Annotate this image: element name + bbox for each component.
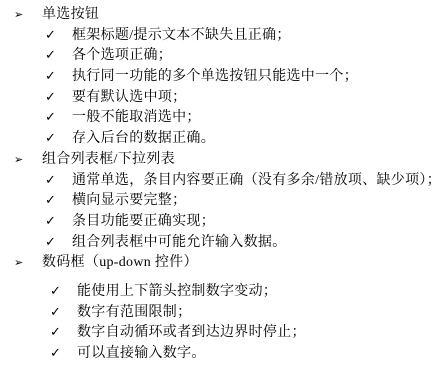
section-title: 单选按钮 [42, 5, 99, 26]
section-title: 组合列表框/下拉列表 [42, 150, 175, 171]
checklist-item: ✓ 数字自动循环或者到达边界时停止； [0, 323, 439, 344]
checklist-item-text: 横向显示要完整； [72, 191, 186, 212]
checkmark-icon: ✓ [45, 129, 72, 150]
checkmark-icon: ✓ [45, 171, 72, 192]
checklist-item: ✓ 条目功能要正确实现； [0, 212, 439, 233]
checklist-item: ✓ 可以直接输入数字。 [0, 344, 439, 365]
section-heading-updown: ➢ 数码框（up-down 控件） [0, 253, 439, 274]
checklist-item-text: 执行同一功能的多个单选按钮只能选中一个； [72, 67, 358, 88]
checklist-item-text: 通常单选，条目内容要正确（没有多余/错放项、缺少项）； [72, 171, 439, 192]
section-heading-combo-box: ➢ 组合列表框/下拉列表 [0, 150, 439, 171]
arrowhead-bullet-icon: ➢ [14, 150, 42, 171]
arrowhead-bullet-icon: ➢ [14, 253, 42, 274]
checklist-item-text: 能使用上下箭头控制数字变动； [77, 282, 277, 303]
checkmark-icon: ✓ [45, 108, 72, 129]
document-page: ➢ 单选按钮 ✓ 框架标题/提示文本不缺失且正确； ✓ 各个选项正确； ✓ 执行… [0, 0, 439, 370]
checkmark-icon: ✓ [45, 26, 72, 47]
checklist-item: ✓ 组合列表框中可能允许输入数据。 [0, 233, 439, 254]
checklist-item-text: 可以直接输入数字。 [77, 344, 206, 365]
checklist-item-text: 各个选项正确； [72, 46, 172, 67]
checklist-item-text: 存入后台的数据正确。 [72, 129, 215, 150]
checklist-item: ✓ 数字有范围限制； [0, 303, 439, 324]
checkmark-icon: ✓ [50, 282, 77, 303]
checkmark-icon: ✓ [45, 46, 72, 67]
checkmark-icon: ✓ [45, 88, 72, 109]
arrowhead-bullet-icon: ➢ [14, 5, 42, 26]
section-updown-control: ➢ 数码框（up-down 控件） ✓ 能使用上下箭头控制数字变动； ✓ 数字有… [0, 253, 439, 364]
checklist-item-text: 数字自动循环或者到达边界时停止； [77, 323, 306, 344]
section-heading-radio-button: ➢ 单选按钮 [0, 5, 439, 26]
checklist-item: ✓ 执行同一功能的多个单选按钮只能选中一个； [0, 67, 439, 88]
checklist-item: ✓ 框架标题/提示文本不缺失且正确； [0, 26, 439, 47]
checklist-item: ✓ 通常单选，条目内容要正确（没有多余/错放项、缺少项）； [0, 171, 439, 192]
checklist-item: ✓ 一般不能取消选中； [0, 108, 439, 129]
checkmark-icon: ✓ [45, 233, 72, 254]
checklist-item-text: 框架标题/提示文本不缺失且正确； [72, 26, 291, 47]
checklist-item-text: 条目功能要正确实现； [72, 212, 215, 233]
checkmark-icon: ✓ [50, 323, 77, 344]
checkmark-icon: ✓ [50, 344, 77, 365]
checklist-item-text: 要有默认选中项； [72, 88, 186, 109]
checklist-item: ✓ 存入后台的数据正确。 [0, 129, 439, 150]
checklist-item: ✓ 要有默认选中项； [0, 88, 439, 109]
checkmark-icon: ✓ [45, 191, 72, 212]
checklist-item-text: 数字有范围限制； [77, 303, 191, 324]
checklist-item-text: 一般不能取消选中； [72, 108, 201, 129]
checkmark-icon: ✓ [45, 212, 72, 233]
section-title: 数码框（up-down 控件） [42, 253, 198, 274]
checkmark-icon: ✓ [50, 303, 77, 324]
checklist-item: ✓ 各个选项正确； [0, 46, 439, 67]
checkmark-icon: ✓ [45, 67, 72, 88]
checklist-item-text: 组合列表框中可能允许输入数据。 [72, 233, 287, 254]
checklist-item: ✓ 横向显示要完整； [0, 191, 439, 212]
checklist-item: ✓ 能使用上下箭头控制数字变动； [0, 282, 439, 303]
